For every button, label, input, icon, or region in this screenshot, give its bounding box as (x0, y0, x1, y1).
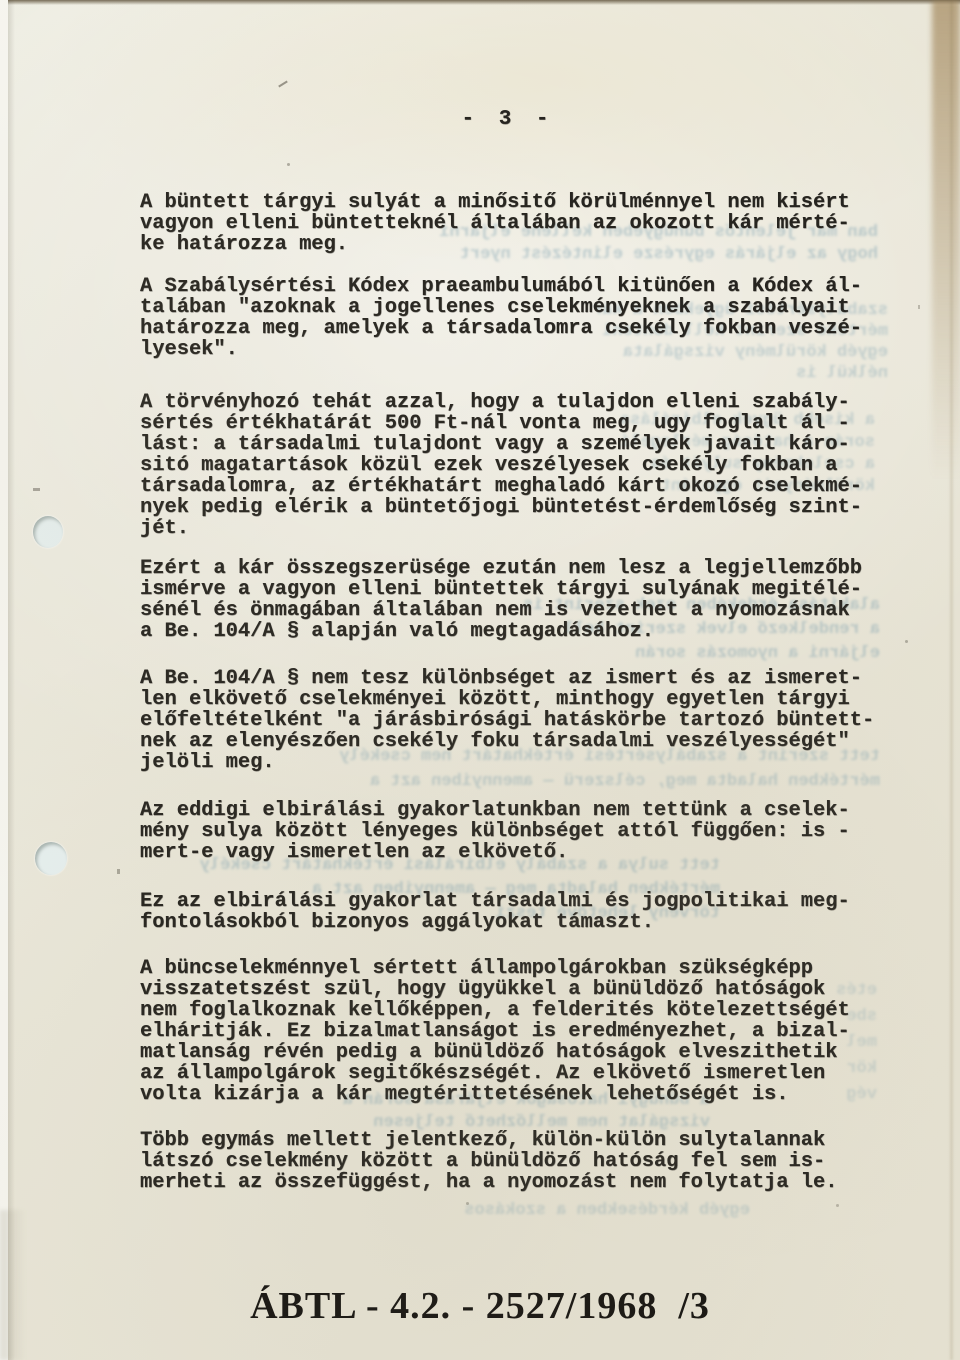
body-paragraph: A büncselekménnyel sértett állampolgárok… (140, 958, 880, 1105)
body-paragraph: A büntett tárgyi sulyát a minősitő körül… (140, 192, 880, 255)
body-paragraph: Az eddigi elbirálási gyakorlatunkban nem… (140, 800, 880, 863)
punch-hole (35, 842, 67, 875)
paper-speck (117, 869, 120, 874)
body-paragraph: A törvényhozó tehát azzal, hogy a tulajd… (140, 392, 880, 539)
page-edge-shading (0, 0, 960, 5)
page-edge-shading (932, 0, 960, 480)
document-page: ban már jelentős bünügyében kellene eljá… (0, 0, 960, 1360)
body-paragraph: A Szabálysértési Kódex praeambulumából k… (140, 276, 880, 360)
archive-reference-stamp: ÁBTL - 4.2. - 2527/1968 /3 (0, 1284, 960, 1328)
paper-speck (466, 1202, 469, 1205)
body-paragraph: Több egymás mellett jelentkező, külön-kü… (140, 1130, 880, 1193)
paper-speck (287, 163, 290, 166)
paper-speck (836, 1204, 839, 1207)
page-number: - 3 - (140, 109, 870, 131)
paper-speck (278, 81, 288, 88)
paper-speck (918, 305, 920, 309)
punch-hole (33, 516, 63, 548)
page-edge-shading (0, 0, 8, 1360)
paper-speck (33, 488, 40, 491)
page-edge-shading (950, 0, 953, 1360)
body-paragraph: Ez az elbirálási gyakorlat társadalmi és… (140, 891, 880, 933)
body-paragraph: A Be. 104/A § nem tesz különbséget az is… (140, 668, 880, 773)
bleed-through-artifact: egyéb kérdésekben a szokásos (330, 1200, 750, 1222)
page-edge-shading (8, 0, 15, 1360)
body-paragraph: Ezért a kár összegszerüsége ezután nem l… (140, 558, 880, 642)
paper-speck (905, 640, 908, 643)
